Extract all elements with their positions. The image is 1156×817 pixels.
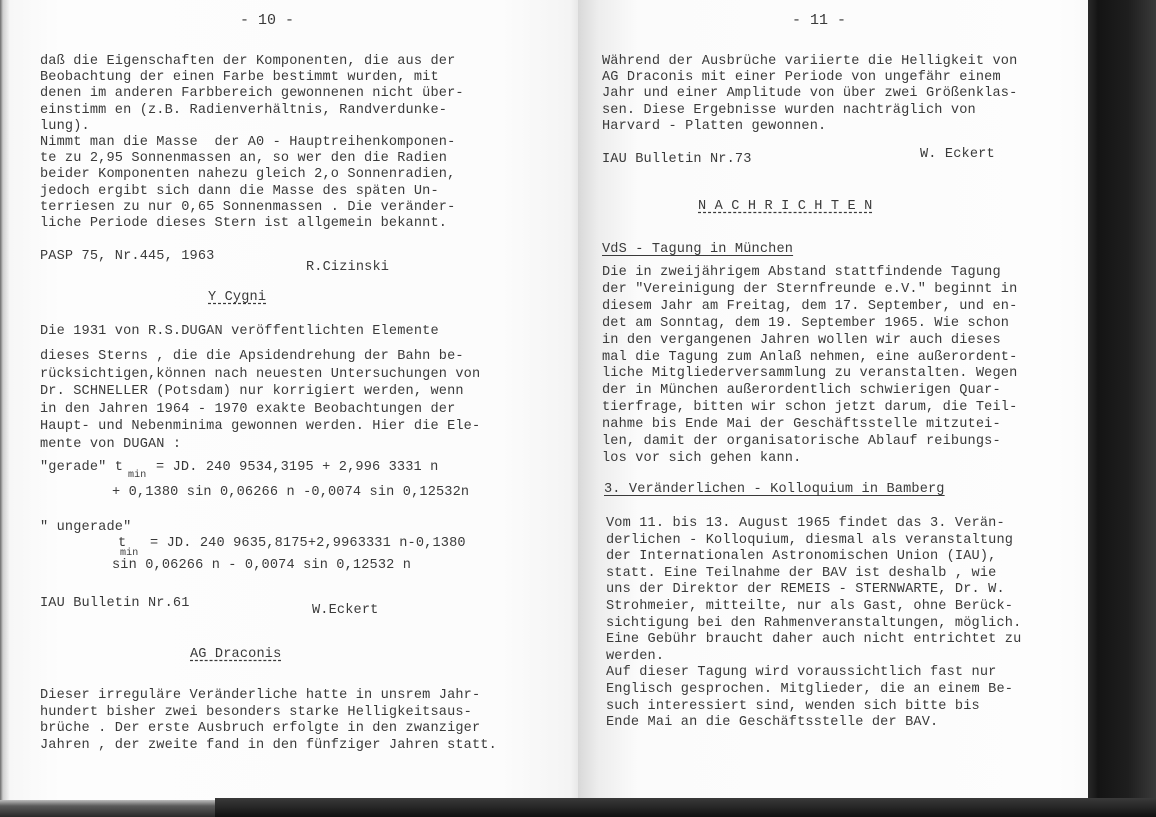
paragraph-components: daß die Eigenschaften der Komponenten, d… (40, 54, 464, 232)
text-line: len, damit der organisatorische Ablauf r… (602, 434, 1017, 451)
text-line: mal die Tagung zum Anlaß nehmen, eine au… (602, 350, 1017, 367)
text-line: in den vergangenen Jahren wollen wir auc… (602, 333, 1017, 350)
text-line: der "Vereinigung der Sternfreunde e.V." … (602, 282, 1017, 299)
text-line: denen im anderen Farbbereich gewonnenen … (40, 86, 464, 102)
formula-even-label: "gerade" t (40, 460, 123, 476)
heading-ag-draconis: AG Draconis (190, 647, 281, 663)
text-line: einstimm en (z.B. Radienverhältnis, Rand… (40, 103, 464, 119)
heading-y-cygni: Y Cygni (208, 290, 266, 306)
right-page: - 11 - Während der Ausbrüche variierte d… (578, 0, 1088, 800)
text-line: dieses Sterns , die die Apsidendrehung d… (40, 348, 480, 366)
heading-nachrichten: N A C H R I C H T E N (698, 199, 872, 215)
formula-odd-line2: sin 0,06266 n - 0,0074 sin 0,12532 n (112, 558, 411, 574)
reference-pasp: PASP 75, Nr.445, 1963 (40, 249, 214, 265)
text-line: sen. Diese Ergebnisse wurden nachträglic… (602, 103, 1017, 119)
reference-iau-61: IAU Bulletin Nr.61 (40, 596, 190, 612)
formula-even-line2: + 0,1380 sin 0,06266 n -0,0074 sin 0,125… (112, 485, 469, 501)
ycygni-intro-line: Die 1931 von R.S.DUGAN veröffentlichten … (40, 324, 439, 340)
text-line: derlichen - Kolloquium, diesmal als vera… (606, 533, 1021, 550)
text-line: sichtigung bei den Rahmenveranstaltungen… (606, 616, 1021, 633)
author-eckert-right: W. Eckert (920, 147, 995, 163)
text-line: Englisch gesprochen. Mitglieder, die an … (606, 682, 1021, 699)
text-line: Dieser irreguläre Veränderliche hatte in… (40, 688, 497, 705)
text-line: brüche . Der erste Ausbruch erfolgte in … (40, 721, 497, 738)
bottom-edge-shadow-right (215, 798, 1156, 817)
page-number-10: - 10 - (240, 12, 294, 29)
text-line: uns der Direktor der REMEIS - STERNWARTE… (606, 582, 1021, 599)
text-line: Harvard - Platten gewonnen. (602, 119, 1017, 135)
paragraph-ag-draconis: Dieser irreguläre Veränderliche hatte in… (40, 688, 497, 754)
text-line: daß die Eigenschaften der Komponenten, d… (40, 54, 464, 70)
paragraph-kolloquium: Vom 11. bis 13. August 1965 findet das 3… (606, 516, 1021, 732)
formula-even-line1: = JD. 240 9534,3195 + 2,996 3331 n (156, 460, 438, 476)
text-line: such interessiert sind, wenden sich bitt… (606, 699, 1021, 716)
paragraph-outbursts: Während der Ausbrüche variierte die Hell… (602, 54, 1017, 135)
text-line: liche Mitgliederversammlung zu veranstal… (602, 366, 1017, 383)
text-line: Vom 11. bis 13. August 1965 findet das 3… (606, 516, 1021, 533)
text-line: Nimmt man die Masse der A0 - Hauptreihen… (40, 135, 464, 151)
book-edge-shadow (1088, 0, 1156, 817)
heading-kolloquium: 3. Veränderlichen - Kolloquium in Bamber… (604, 482, 945, 498)
text-line: mente von DUGAN : (40, 436, 480, 454)
formula-even-sub: min (128, 468, 146, 484)
text-line: diesem Jahr am Freitag, dem 17. Septembe… (602, 299, 1017, 316)
text-line: Jahren , der zweite fand in den fünfzige… (40, 738, 497, 755)
text-line: terriesen zu nur 0,65 Sonnenmassen . Die… (40, 200, 464, 216)
text-line: nahme bis Ende Mai der Geschäftsstelle m… (602, 417, 1017, 434)
text-line: der in München außerordentlich schwierig… (602, 383, 1017, 400)
text-line: in den Jahren 1964 - 1970 exakte Beobach… (40, 401, 480, 419)
text-line: Jahr und einer Amplitude von über zwei G… (602, 86, 1017, 102)
text-line: te zu 2,95 Sonnenmassen an, so wer den d… (40, 151, 464, 167)
text-line: Während der Ausbrüche variierte die Hell… (602, 54, 1017, 70)
text-line: liche Periode dieses Stern ist allgemein… (40, 216, 464, 232)
text-line: Beobachtung der einen Farbe bestimmt wur… (40, 70, 464, 86)
text-line: Eine Gebühr braucht daher auch nicht ent… (606, 632, 1021, 649)
text-line: Strohmeier, mitteilte, nur als Gast, ohn… (606, 599, 1021, 616)
text-line: los vor sich gehen kann. (602, 451, 1017, 468)
heading-vds-tagung: VdS - Tagung in München (602, 242, 793, 258)
reference-iau-73: IAU Bulletin Nr.73 (602, 152, 752, 168)
text-line: Haupt- und Nebenminima gewonnen werden. … (40, 418, 480, 436)
author-eckert: W.Eckert (312, 603, 378, 619)
text-line: tierfrage, bitten wir schon jetzt darum,… (602, 400, 1017, 417)
text-line: Auf dieser Tagung wird voraussichtlich f… (606, 665, 1021, 682)
paragraph-vds-tagung: Die in zweijährigem Abstand stattfindend… (602, 265, 1017, 468)
author-cizinski: R.Cizinski (306, 260, 389, 276)
text-line: rücksichtigen,können nach neuesten Unter… (40, 366, 480, 384)
formula-odd-label: " ungerade" (40, 520, 131, 536)
text-line: Die in zweijährigem Abstand stattfindend… (602, 265, 1017, 282)
text-line: der Internationalen Astronomischen Union… (606, 549, 1021, 566)
text-line: jedoch ergibt sich dann die Masse des sp… (40, 184, 464, 200)
text-line: det am Sonntag, dem 19. September 1965. … (602, 316, 1017, 333)
paragraph-y-cygni: dieses Sterns , die die Apsidendrehung d… (40, 348, 480, 454)
text-line: statt. Eine Teilnahme der BAV ist deshal… (606, 566, 1021, 583)
text-line: werden. (606, 649, 1021, 666)
text-line: beider Komponenten nahezu gleich 2,o Son… (40, 167, 464, 183)
left-page: - 10 - daß die Eigenschaften der Kompone… (0, 0, 578, 800)
text-line: hundert bisher zwei besonders starke Hel… (40, 705, 497, 722)
text-line: AG Draconis mit einer Periode von ungefä… (602, 70, 1017, 86)
text-line: Ende Mai an die Geschäftsstelle der BAV. (606, 715, 1021, 732)
page-number-11: - 11 - (792, 12, 846, 29)
text-line: lung). (40, 119, 464, 135)
formula-odd-line1: = JD. 240 9635,8175+2,9963331 n-0,1380 (150, 536, 466, 552)
text-line: Dr. SCHNELLER (Potsdam) nur korrigiert w… (40, 383, 480, 401)
